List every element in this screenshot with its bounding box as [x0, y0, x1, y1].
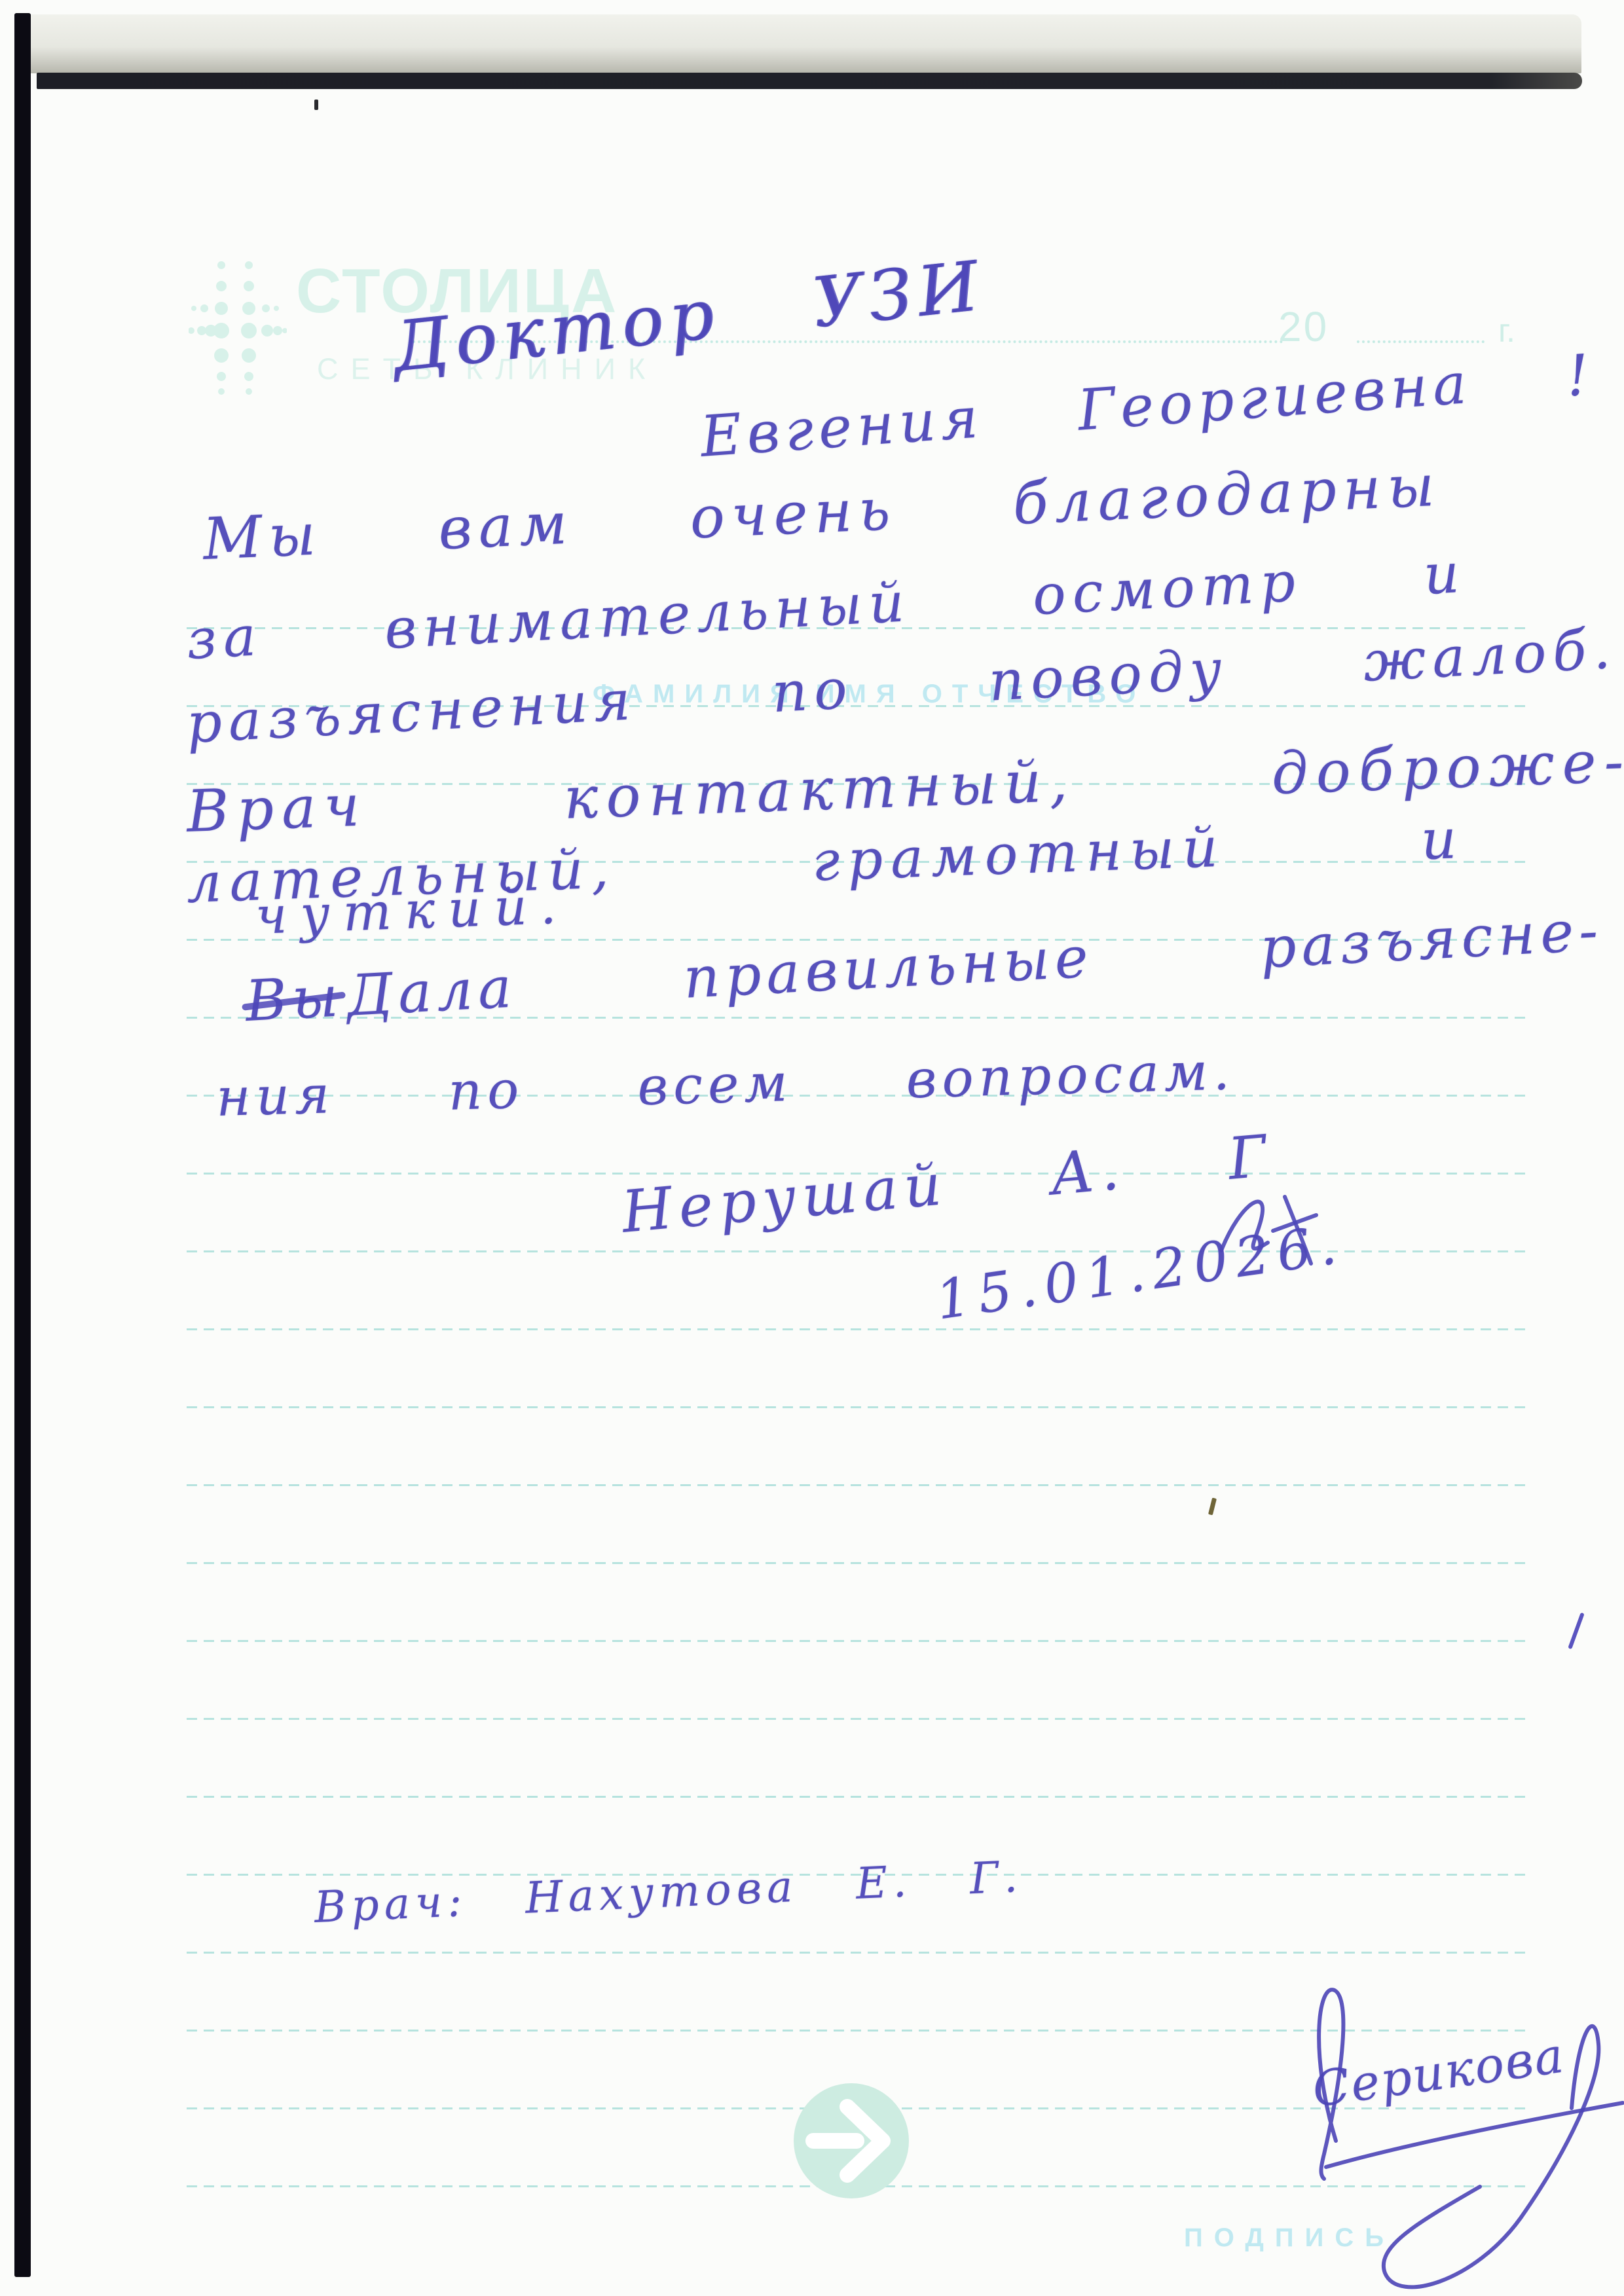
handwriting-line: чуткий. [254, 876, 570, 946]
handwriting-salutation-line2: Евгения Георгиевна ! [699, 342, 1596, 470]
year-suffix: г. [1498, 312, 1515, 350]
date-dotted-line [1357, 319, 1485, 343]
crossed-out-word: Вы [244, 964, 344, 1034]
dots-cross-logo-icon [189, 257, 287, 398]
scan-speck [314, 100, 318, 110]
scan-top-page-edge [29, 14, 1581, 73]
scanned-review-page: СТОЛИЦА СЕТЬ КЛИНИК 20 г. ФАМИЛИЯ ИМЯ ОТ… [0, 0, 1624, 2296]
signature-field-label: ПОДПИСЬ [1184, 2223, 1395, 2253]
year-prefix: 20 [1278, 302, 1329, 351]
scan-left-edge-strip [14, 13, 31, 2277]
pen-slash-mark [1568, 1613, 1584, 1650]
scan-top-shadow-line [37, 73, 1582, 89]
